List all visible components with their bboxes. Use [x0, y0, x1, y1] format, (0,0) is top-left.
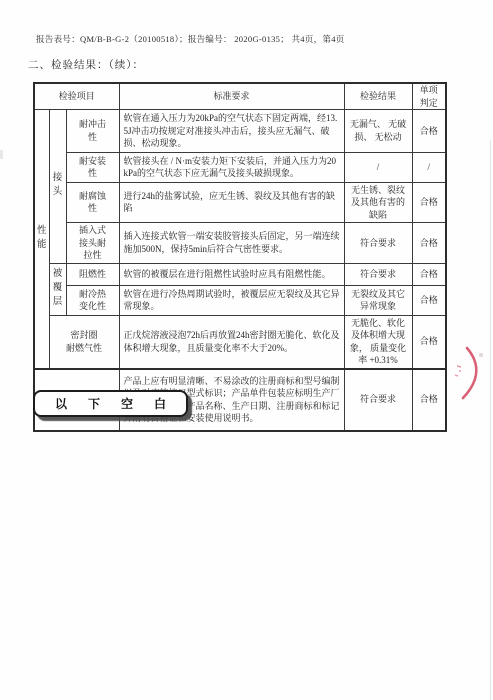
scan-speck-right: [479, 353, 483, 357]
header-judgment: 单项 判定: [412, 83, 446, 110]
table-row-thermal-cycle: 耐冷热变化性 软管在进行冷热周期试验时，被覆层应无裂纹及其它异常现象。 无裂纹及…: [34, 285, 446, 315]
group-covering: 被覆层: [49, 263, 66, 315]
cell-name-6-line1: 密封圈: [59, 329, 110, 342]
group-joint: 接头: [49, 110, 66, 264]
report-meta-line: 报告表号：QM/B-B-G-2（20100518）；报告编号： 2020G-01…: [36, 33, 345, 45]
cell-judgment-2: 合格: [412, 182, 446, 223]
table-row-flame-retardant: 被覆层 阻燃性 软管的被覆层在进行阻燃性试验时应具有阻燃性能。 符合要求 合格: [34, 263, 446, 285]
table-row-installation: 耐安装性 软管接头在 / N·m安装力矩下安装后，并通入压力为20kPa的空气状…: [34, 152, 446, 182]
cell-standard-3: 插入连接式软管一端安装胶管接头后固定，另一端连续施加500N，保持5min后符合…: [119, 223, 344, 264]
cell-name-4: 阻燃性: [66, 263, 119, 285]
cell-result-1: /: [344, 152, 412, 182]
header-standard: 标准要求: [119, 83, 344, 110]
cell-name-0: 耐冲击性: [66, 110, 119, 153]
cell-judgment-7: 合格: [412, 369, 446, 431]
section-title: 二、检验结果：（续）：: [28, 57, 144, 72]
cell-result-7: 符合要求: [344, 369, 412, 431]
cell-result-0: 无漏气、 无破损、 无松动: [344, 110, 412, 153]
cell-standard-0: 软管在通入压力为20kPa的空气状态下固定两端，经13.5J冲击功按规定对准接头…: [119, 110, 344, 153]
header-judgment-line2: 判定: [413, 97, 446, 110]
inspection-results-table: 检验项目 标准要求 检验结果 单项 判定 性能 接头 耐冲击性 软管在通入压力为…: [33, 82, 447, 432]
cell-name-6: 密封圈 耐燃气性: [49, 315, 119, 369]
cell-result-4: 符合要求: [344, 263, 412, 285]
cell-judgment-4: 合格: [412, 263, 446, 285]
group-performance: 性能: [34, 110, 49, 369]
cell-judgment-0: 合格: [412, 110, 446, 153]
cell-result-2: 无生锈、裂纹及其他有害的缺陷: [344, 182, 412, 223]
cell-name-2: 耐腐蚀性: [66, 182, 119, 223]
blank-below-label: 以 下 空 白: [55, 395, 175, 412]
cell-name-6-line2: 耐燃气性: [59, 342, 110, 355]
header-item: 检验项目: [34, 83, 119, 110]
cell-standard-4: 软管的被覆层在进行阻燃性试验时应具有阻燃性能。: [119, 263, 344, 285]
group-covering-label: 被覆层: [53, 268, 63, 309]
table-row-seal-gas-resistance: 密封圈 耐燃气性 正戊烷溶液浸泡72h后再放置24h密封圈无脆化、软化及体积增大…: [34, 315, 446, 369]
cell-standard-1: 软管接头在 / N·m安装力矩下安装后，并通入压力为20kPa的空气状态下应无漏…: [119, 152, 344, 182]
table-row-corrosion: 耐腐蚀性 进行24h的盐雾试验，应无生锈、裂纹及其他有害的缺陷 无生锈、裂纹及其…: [34, 182, 446, 223]
blank-below-stamp-box: 以 下 空 白: [33, 390, 188, 417]
cell-standard-5: 软管在进行冷热周期试验时，被覆层应无裂纹及其它异常现象。: [119, 285, 344, 315]
cell-result-3: 符合要求: [344, 223, 412, 264]
table-row-pull-resistance: 插入式接头耐拉性 插入连接式软管一端安装胶管接头后固定，另一端连续施加500N，…: [34, 223, 446, 264]
cell-standard-6: 正戊烷溶液浸泡72h后再放置24h密封圈无脆化、软化及体积增大现象，且质量变化率…: [119, 315, 344, 369]
header-judgment-line1: 单项: [413, 84, 446, 97]
group-performance-label: 性能: [37, 225, 47, 253]
red-seal-arc: [448, 338, 493, 410]
cell-result-5: 无裂纹及其它异常现象: [344, 285, 412, 315]
cell-result-6: 无脆化、软化及体积增大现象， 质量变化率 +0.31%: [344, 315, 412, 369]
table-header-row: 检验项目 标准要求 检验结果 单项 判定: [34, 83, 446, 110]
scan-speck-left: [0, 150, 3, 159]
cell-name-5: 耐冷热变化性: [66, 285, 119, 315]
cell-judgment-6: 合格: [412, 315, 446, 369]
table-row-impact: 性能 接头 耐冲击性 软管在通入压力为20kPa的空气状态下固定两端，经13.5…: [34, 110, 446, 153]
cell-judgment-5: 合格: [412, 285, 446, 315]
cell-name-1: 耐安装性: [66, 152, 119, 182]
cell-judgment-3: 合格: [412, 223, 446, 264]
scan-edge-artifact: [490, 140, 491, 700]
report-page: 报告表号：QM/B-B-G-2（20100518）；报告编号： 2020G-01…: [0, 0, 493, 700]
cell-name-3: 插入式接头耐拉性: [66, 223, 119, 264]
group-joint-label: 接头: [53, 172, 63, 200]
header-result: 检验结果: [344, 83, 412, 110]
cell-judgment-1: /: [412, 152, 446, 182]
cell-standard-2: 进行24h的盐雾试验，应无生锈、裂纹及其他有害的缺陷: [119, 182, 344, 223]
